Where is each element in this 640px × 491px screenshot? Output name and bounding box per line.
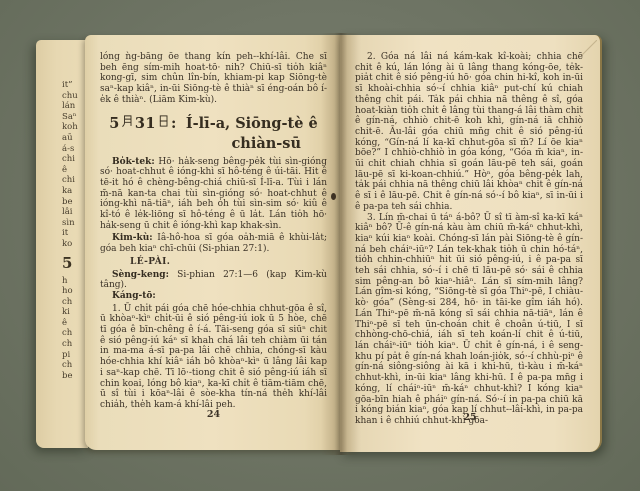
heading-title-part1: Í-lī-a, Siōng-tè ê bbox=[186, 115, 318, 132]
paragraph-2: 2. Góa ná lâi ná kám-kak kî-koài; chhia … bbox=[355, 52, 583, 213]
left-page-content: lóng ǹg-bāng ōe thang kín peh--khí-lâi. … bbox=[85, 35, 340, 450]
label-bok-tek: Bo̍k-tek: bbox=[112, 157, 155, 167]
paragraph-kim-ku: Kim-kù: Iâ-hô-hoa sī góa oa̍h-miā ê khùi… bbox=[100, 233, 327, 254]
left-page: lóng ǹg-bāng ōe thang kín peh--khí-lâi. … bbox=[85, 35, 340, 450]
paragraph-1: 1. Ū chi̍t pái góa chē hóe-chhia chhut-g… bbox=[100, 304, 327, 411]
cjk-month-character bbox=[121, 114, 134, 128]
paragraph-intro-continuation: lóng ǹg-bāng ōe thang kín peh--khí-lâi. … bbox=[100, 52, 327, 106]
previous-page-edge: it”chulánSaⁿkohaūá-schiêchikabelâisìnitk… bbox=[36, 40, 88, 448]
label-kim-ku: Kim-kù: bbox=[112, 233, 153, 243]
photo-background: it”chulánSaⁿkohaūá-schiêchikabelâisìnitk… bbox=[0, 0, 640, 491]
right-page: 2. Góa ná lâi ná kám-kak kî-koài; chhia … bbox=[340, 35, 602, 452]
paragraph-seng-keng: Sèng-keng: Si-phian 27:1—6 (kap Kim-kù t… bbox=[100, 270, 327, 291]
heading-date: 531: bbox=[109, 114, 177, 132]
left-page-number: 24 bbox=[100, 409, 327, 420]
heading-colon: : bbox=[171, 115, 177, 132]
kang-to-label-text: Káng-tō: bbox=[112, 291, 156, 301]
heading-title-part2: chiàn-sū bbox=[100, 135, 327, 152]
cjk-day-character bbox=[157, 114, 170, 128]
paragraph-3: 3. Lín m̄-chai ū táⁿ á-bô? Ū sî tī àm-sî… bbox=[355, 213, 583, 427]
label-seng-keng: Sèng-keng: bbox=[112, 270, 169, 280]
bok-tek-text: Hō· ha̍k-seng bêng-pe̍k tùi sìn-gióng só… bbox=[100, 157, 327, 231]
heading-day-number: 31 bbox=[135, 115, 156, 132]
right-page-number: 25 bbox=[355, 412, 585, 423]
paragraph-bok-tek: Bo̍k-tek: Hō· ha̍k-seng bêng-pe̍k tùi sì… bbox=[100, 157, 327, 232]
ink-spot bbox=[331, 193, 336, 200]
le-pai-heading: LÉ-PÀI. bbox=[100, 257, 327, 268]
right-page-content: 2. Góa ná lâi ná kám-kak kî-koài; chhia … bbox=[340, 35, 600, 452]
heading-month-number: 5 bbox=[109, 115, 120, 132]
open-book: it”chulánSaⁿkohaūá-schiêchikabelâisìnitk… bbox=[28, 33, 606, 455]
heading-line-1: 531: Í-lī-a, Siōng-tè ê bbox=[100, 114, 327, 132]
label-kang-to: Káng-tō: bbox=[100, 291, 327, 302]
daily-reading-heading: 531: Í-lī-a, Siōng-tè ê chiàn-sū bbox=[100, 114, 327, 152]
